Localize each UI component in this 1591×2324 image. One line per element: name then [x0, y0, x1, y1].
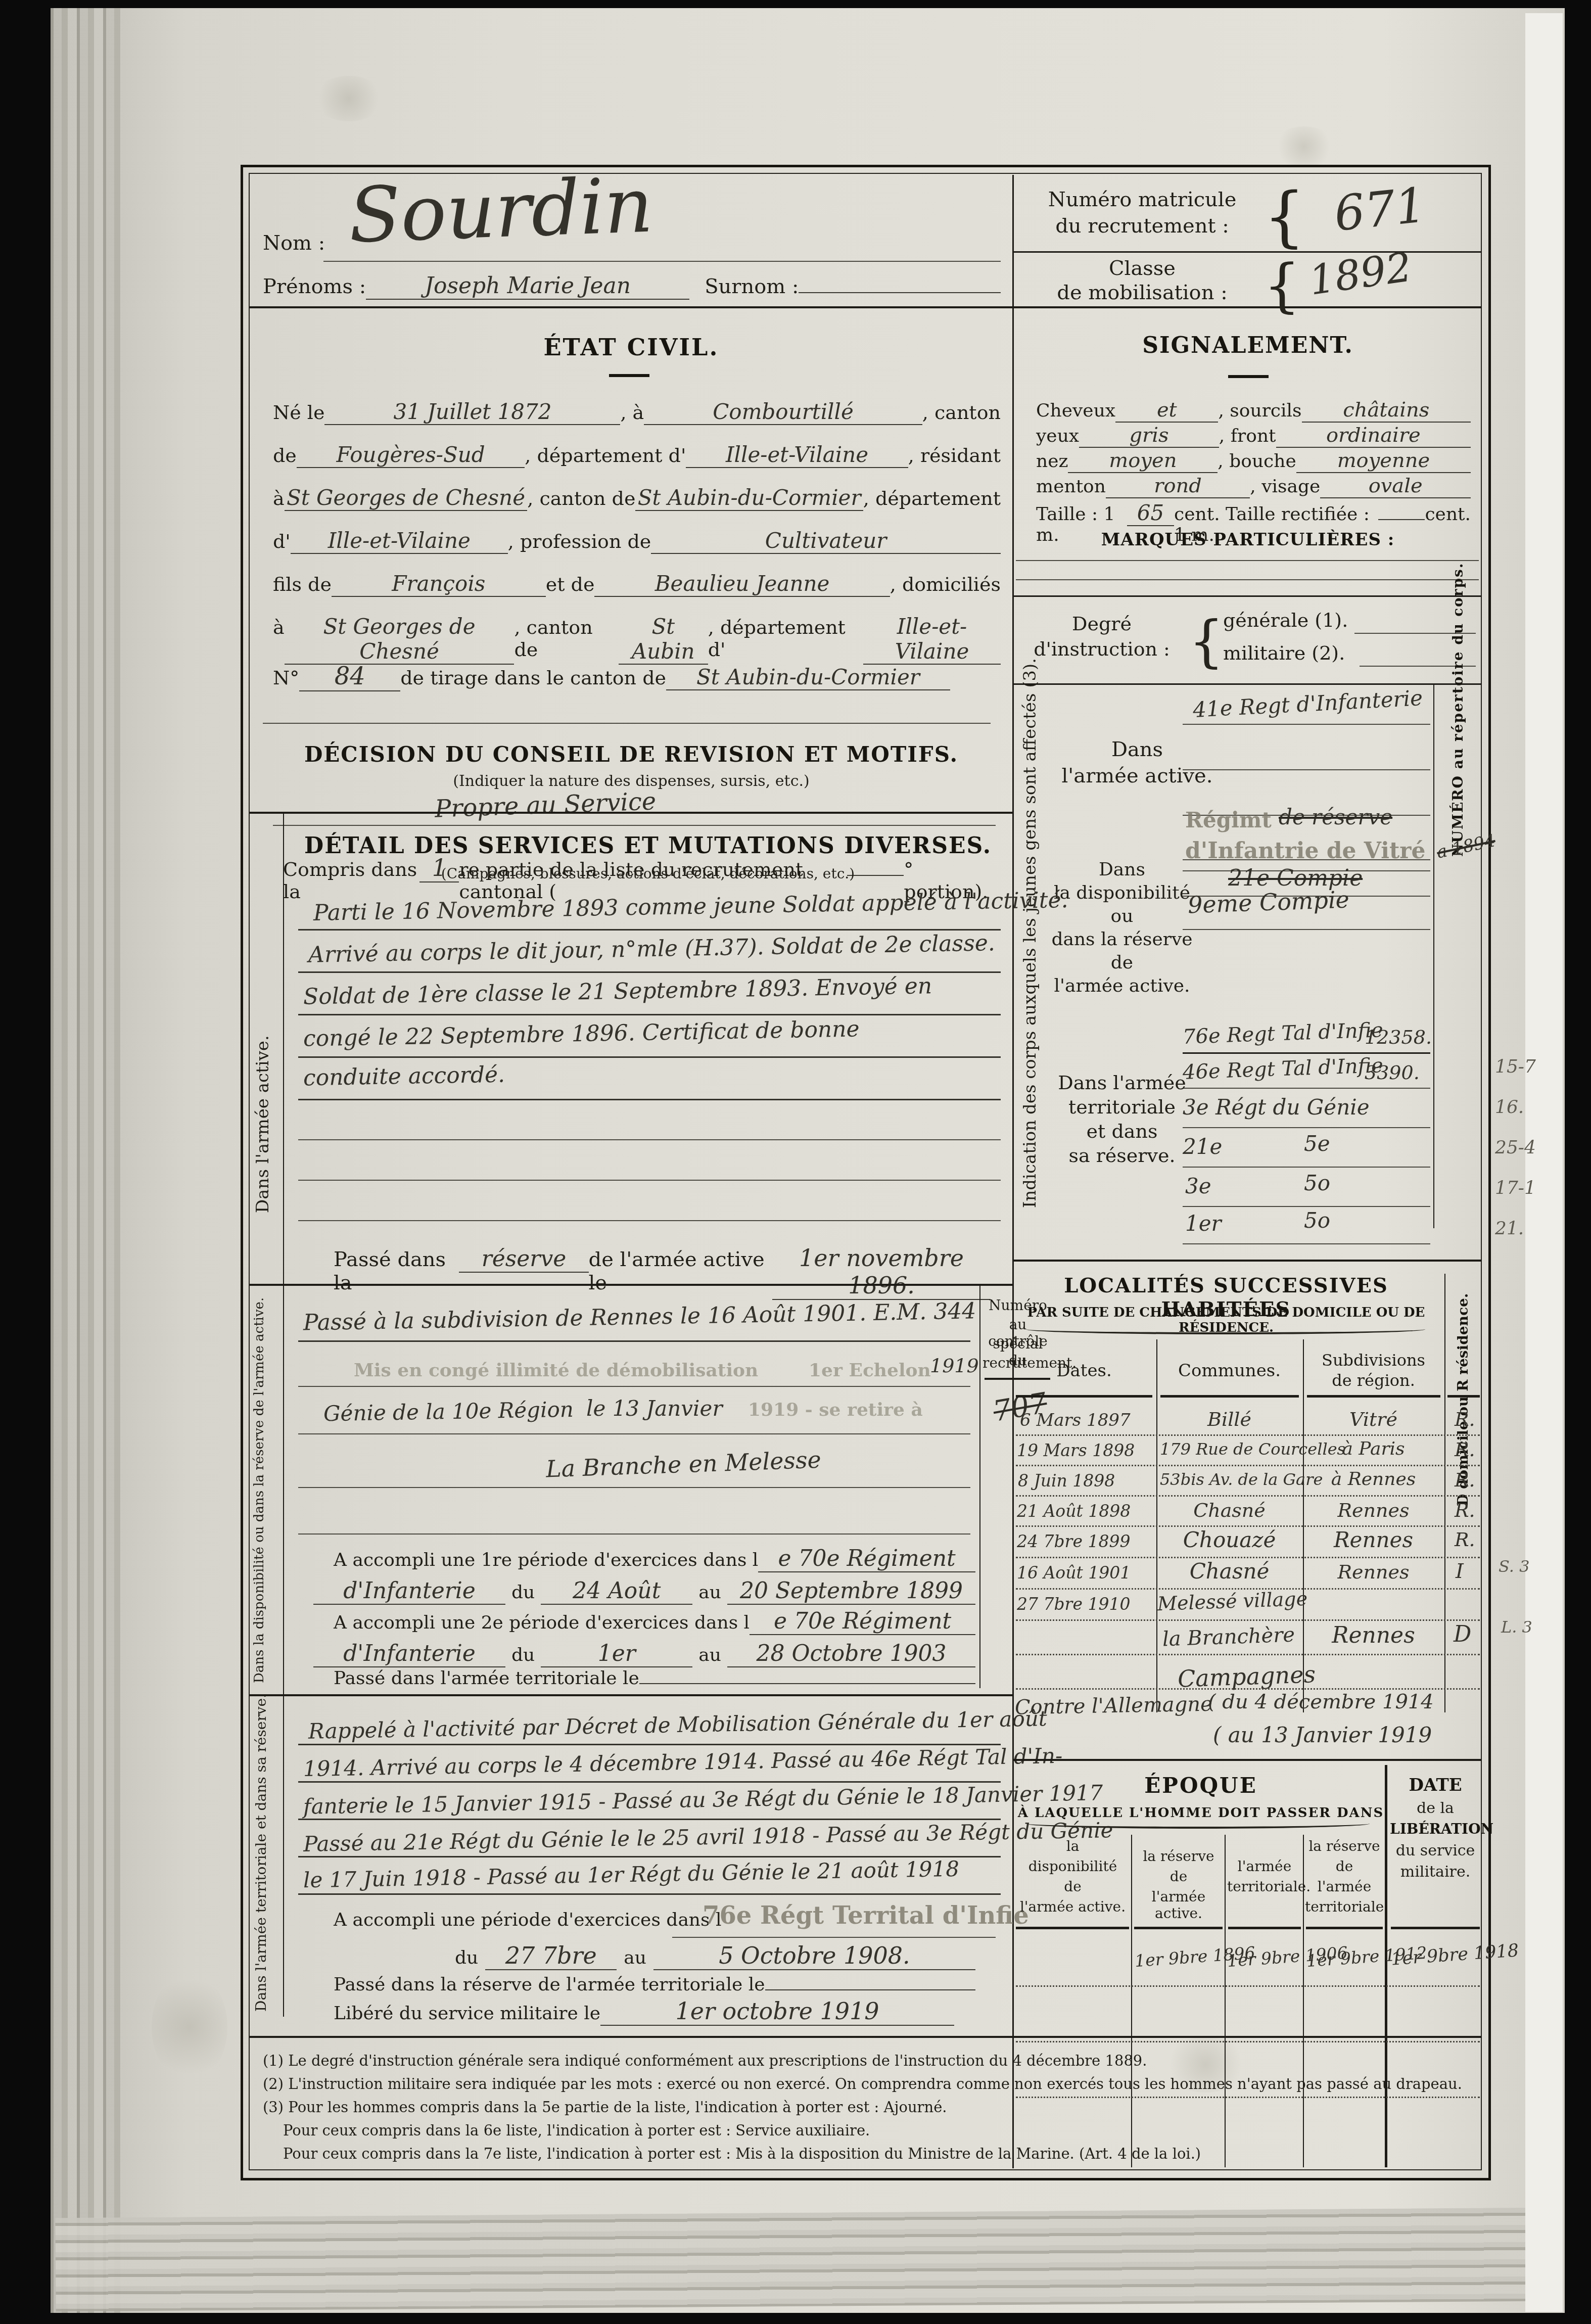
- margin-note: L. 3: [1501, 1617, 1532, 1637]
- periode1-fin: 20 Septembre 1899: [727, 1578, 975, 1605]
- margin-number: 16.: [1495, 1097, 1524, 1118]
- terr-corps-2-number: 3390.: [1365, 1061, 1420, 1084]
- regiment-stamp-2: d'Infantrie de Vitré: [1185, 838, 1425, 864]
- demobilisation-year: 1919: [930, 1355, 979, 1377]
- loc-row-commune: Chouazé: [1160, 1527, 1299, 1552]
- periode1-du: du: [511, 1582, 535, 1603]
- loc-row-commune: Chasné: [1160, 1499, 1299, 1521]
- paper-stain: [313, 76, 384, 121]
- localites-col-dates: Dates.: [1016, 1361, 1152, 1381]
- passe-reserve-terr-blank: [765, 1989, 975, 1990]
- passe-reserve-label-2: de l'armée active le: [589, 1248, 772, 1294]
- terr-corps-4-ditto: 5e: [1304, 1131, 1330, 1156]
- repertoire-corps-label: NUMÉRO au répertoire du corps.: [1449, 690, 1466, 857]
- header-bottom-rule: [250, 306, 1012, 308]
- ec-birthplace: Combourtillé: [644, 399, 922, 425]
- nez-value: moyen: [1068, 449, 1218, 473]
- matricule-brace: {: [1264, 178, 1305, 255]
- campagnes-debut: ( du 4 décembre 1914: [1208, 1690, 1434, 1713]
- taille-cent-label: cent.: [1425, 504, 1471, 525]
- terr-corps-6-ditto: 5o: [1304, 1208, 1330, 1233]
- services-title: DÉTAIL DES SERVICES ET MUTATIONS DIVERSE…: [284, 833, 1012, 859]
- loc-row-subdiv: Rennes: [1306, 1622, 1440, 1648]
- ec-r2-resident: , résidant: [908, 444, 1001, 467]
- loc-row-date: 19 Mars 1898: [1017, 1440, 1135, 1460]
- margin-number: 21.: [1495, 1218, 1524, 1239]
- loc-row-commune: Chasné: [1160, 1559, 1299, 1584]
- periode2-du: du: [511, 1645, 535, 1665]
- ep-col2-l1: la réserve: [1133, 1848, 1224, 1865]
- degre-generale: générale (1).: [1223, 609, 1348, 631]
- ec-parents-canton: St Aubin: [619, 614, 708, 665]
- ep-col1-l4: l'armée active.: [1016, 1898, 1130, 1915]
- loc-row-dr: R.: [1455, 1528, 1475, 1551]
- margin-number: 15-7: [1495, 1056, 1536, 1077]
- ep-col4-l3: l'armée: [1305, 1878, 1384, 1895]
- matricule-label-1: Numéro matricule: [1031, 188, 1253, 211]
- ep-col4-l4: territoriale.: [1305, 1898, 1384, 1915]
- territoriale-side-label: Dans l'armée territoriale et dans sa rés…: [253, 1708, 269, 2012]
- ec-residence-dept: Ille-et-Vilaine: [291, 528, 508, 554]
- terr-label-3: et dans: [1046, 1120, 1198, 1142]
- ec-r3-canton: , canton de: [527, 487, 635, 509]
- ec-r3-a: à: [273, 487, 285, 509]
- loc-row-date: 24 7bre 1899: [1017, 1531, 1130, 1551]
- footnote-5: Pour ceux compris dans la 7e liste, l'in…: [283, 2145, 1476, 2162]
- matricule-classe-rule: [1014, 251, 1482, 253]
- sourcils-label: , sourcils: [1218, 400, 1301, 421]
- services-side-label: Dans l'armée active.: [253, 960, 273, 1213]
- periode2-au: au: [698, 1645, 721, 1665]
- ec-father: François: [332, 571, 546, 597]
- tirage-canton: St Aubin-du-Cormier: [666, 665, 950, 690]
- degre-brace: {: [1189, 609, 1224, 674]
- ep-col1-l1: la: [1016, 1838, 1130, 1854]
- passe-reserve-terr-label: Passé dans la réserve de l'armée territo…: [334, 1974, 765, 1995]
- bouche-label: , bouche: [1218, 451, 1296, 472]
- periode1-label: A accompli une 1re période d'exercices d…: [334, 1550, 758, 1570]
- right-header-rule: [1014, 306, 1482, 308]
- ec-r1-canton: , canton: [922, 401, 1001, 424]
- military-register-scan: Sourdin Nom : Prénoms : Joseph Marie Jea…: [0, 0, 1591, 2324]
- ec-parents-dept: Ille-et-Vilaine: [863, 614, 1001, 665]
- ep-col3-l2: territoriale.: [1227, 1878, 1302, 1895]
- yeux-label: yeux: [1036, 426, 1079, 446]
- loc-row-subdiv: Rennes: [1306, 1527, 1440, 1552]
- demobilisation-stamp: Mis en congé illimité de démobilisation: [354, 1360, 758, 1381]
- ep-col4-l2: de: [1305, 1858, 1384, 1875]
- front-label: , front: [1219, 426, 1276, 446]
- periode-terr-du: du: [455, 1947, 478, 1968]
- nez-label: nez: [1036, 451, 1068, 472]
- ep-col1-l3: de: [1016, 1878, 1130, 1895]
- loc-row-subdiv: Rennes: [1306, 1561, 1440, 1583]
- campagnes-contre: Contre l'Allemagne: [1015, 1693, 1213, 1719]
- ep-col2-l3: l'armée active.: [1133, 1888, 1224, 1922]
- terr-corps-6: 1er: [1185, 1211, 1222, 1236]
- margin-number: 17-1: [1495, 1178, 1536, 1198]
- menton-label: menton: [1036, 476, 1106, 497]
- libere-date: 1er octobre 1919: [600, 1997, 954, 2026]
- date-lib-5: militaire.: [1390, 1863, 1481, 1881]
- cheveux-value: et: [1115, 398, 1218, 423]
- book-page-edges-bottom: [55, 2208, 1536, 2311]
- loc-row-date: 8 Juin 1898: [1018, 1471, 1115, 1491]
- services-line-5: conduite accordé.: [303, 1062, 505, 1091]
- terr-corps-5-ditto: 5o: [1304, 1171, 1330, 1195]
- loc-row-date: 21 Août 1898: [1017, 1501, 1131, 1521]
- ec-residence-canton: St Aubin-du-Cormier: [635, 485, 863, 511]
- periode2-arme: d'Infanterie: [313, 1641, 505, 1667]
- surnom-label: Surnom :: [705, 275, 799, 298]
- loc-row-dr: D: [1454, 1621, 1471, 1647]
- ec-r3-dept: , département: [863, 487, 1001, 509]
- armee-active-label-1: Dans: [1071, 738, 1203, 761]
- periode1-debut: 24 Août: [541, 1578, 692, 1605]
- loc-row-subdiv: Vitré: [1306, 1408, 1440, 1430]
- visage-value: ovale: [1320, 474, 1471, 498]
- localites-col-subdiv-1: Subdivisions: [1306, 1351, 1440, 1370]
- sourcils-value: châtains: [1302, 398, 1471, 423]
- footnote-4: Pour ceux compris dans la 6e liste, l'in…: [283, 2122, 1476, 2139]
- book-page-edge-right: [1525, 13, 1563, 2312]
- marques-label: MARQUES PARTICULIÈRES :: [1014, 530, 1482, 550]
- main-vertical-divider: [1012, 175, 1014, 2168]
- ep-col3-l1: l'armée: [1227, 1858, 1302, 1875]
- paper-stain: [152, 1971, 227, 2082]
- signalement-title: SIGNALEMENT.: [1014, 333, 1482, 358]
- decision-title: DÉCISION DU CONSEIL DE REVISION ET MOTIF…: [250, 742, 1013, 767]
- tirage-label: de tirage dans le canton de: [400, 667, 666, 689]
- loc-row-dr: R.: [1455, 1438, 1475, 1461]
- degre-label-1: Degré: [1026, 613, 1178, 635]
- tirage-no-label: N°: [273, 667, 299, 689]
- footnote-3: (3) Pour les hommes compris dans la 5e p…: [263, 2099, 1476, 2116]
- surname-handwritten: Sourdin: [347, 162, 654, 260]
- periode2-debut: 1er: [541, 1641, 692, 1667]
- ec-r2-dept: , département d': [525, 444, 686, 467]
- loc-row-commune: 53bis Av. de la Gare: [1160, 1470, 1323, 1489]
- loc-row-subdiv: Rennes: [1306, 1499, 1440, 1521]
- libere-label: Libéré du service militaire le: [334, 2003, 600, 2024]
- paper-stain: [1274, 126, 1334, 167]
- ec-r6-dept: , département d': [708, 616, 863, 661]
- footnote-1: (1) Le degré d'instruction générale sera…: [263, 2052, 1476, 2069]
- campagnes-fin: ( au 13 Janvier 1919: [1213, 1723, 1432, 1747]
- decision-subtitle: (Indiquer la nature des dispenses, sursi…: [250, 772, 1013, 790]
- ec-r6-canton: , canton de: [514, 616, 618, 661]
- menton-value: rond: [1106, 474, 1250, 498]
- surnom-blank: [799, 292, 1001, 293]
- periode-terr-debut: 27 7bre: [485, 1942, 617, 1970]
- services-subtitle: (Campagnes, blessures, actions d'éclat, …: [284, 865, 1012, 882]
- date-lib-4: du service: [1390, 1842, 1481, 1860]
- loc-row-commune: la Branchère: [1162, 1623, 1295, 1651]
- terr-corps-5: 3e: [1185, 1174, 1211, 1198]
- demobilisation-stamp-echelon: 1er Echelon: [809, 1360, 931, 1381]
- ec-r5-etde: et de: [546, 573, 595, 595]
- regiment-territorial-stamp: 76e Régt Territal d'Infie: [703, 1901, 1029, 1930]
- dispo-side-label: Dans la disponibilité ou dans la réserve…: [252, 1294, 267, 1683]
- ec-r5-domicilies: , domiciliés: [890, 573, 1001, 595]
- dispo-label-5: de: [1061, 952, 1183, 973]
- prenoms-value: Joseph Marie Jean: [366, 273, 689, 300]
- yeux-value: gris: [1079, 424, 1219, 448]
- dispo-label-4: dans la réserve: [1051, 929, 1193, 950]
- localites-col-communes: Communes.: [1160, 1361, 1299, 1381]
- passe-reserve-value-1: réserve: [459, 1246, 588, 1273]
- regiment-stamp-1: Régimt: [1185, 808, 1272, 832]
- taille-value: 65: [1127, 500, 1174, 526]
- periode2-regiment: e 70e Régiment: [750, 1608, 975, 1635]
- armee-active-label-2: l'armée active.: [1056, 764, 1218, 787]
- localites-col-subdiv-2: de région.: [1306, 1371, 1440, 1390]
- terr-label-2: territoriale: [1046, 1096, 1198, 1118]
- ec-mother: Beaulieu Jeanne: [594, 571, 890, 597]
- ec-r1-label: Né le: [273, 401, 324, 424]
- passe-territoriale-blank: [639, 1683, 975, 1684]
- reserve-crossed: de réserve: [1279, 805, 1392, 829]
- margin-number: 25-4: [1495, 1137, 1536, 1158]
- ec-residence: St Georges de Chesné: [285, 485, 528, 511]
- loc-row-subdiv: à Paris: [1306, 1438, 1440, 1459]
- loc-row-dr: R.: [1455, 1408, 1475, 1430]
- tirage-number: 84: [299, 662, 400, 691]
- ep-col1-l2: disponibilité: [1016, 1858, 1130, 1875]
- loc-row-dr: R.: [1455, 1469, 1475, 1491]
- date-lib-2: de la: [1390, 1799, 1481, 1817]
- degre-militaire: militaire (2).: [1223, 642, 1345, 664]
- loc-row-date: 16 Août 1901: [1017, 1563, 1131, 1583]
- terr-label-4: sa réserve.: [1046, 1144, 1198, 1167]
- classe-label-2: de mobilisation :: [1031, 281, 1253, 304]
- terr-corps-3: 3e Régt du Génie: [1183, 1095, 1370, 1120]
- passe-territoriale-label: Passé dans l'armée territoriale le: [334, 1668, 639, 1689]
- dispo-label-6: l'armée active.: [1051, 975, 1193, 996]
- prenoms-label: Prénoms :: [263, 275, 366, 298]
- front-value: ordinaire: [1276, 424, 1471, 448]
- loc-row-date: 6 Mars 1897: [1020, 1410, 1131, 1430]
- date-lib-1: DATE: [1390, 1775, 1481, 1795]
- visage-label: , visage: [1250, 476, 1320, 497]
- loc-row-commune: Billé: [1160, 1408, 1299, 1430]
- ep-col2-l2: de: [1133, 1868, 1224, 1885]
- ec-r1-at: , à: [620, 401, 644, 424]
- ec-r6-a: à: [273, 616, 285, 638]
- periode2-fin: 28 Octobre 1903: [727, 1641, 975, 1667]
- ec-profession: Cultivateur: [651, 528, 1001, 554]
- corps-side-label: Indication des corps auxquels les jeunes…: [1020, 698, 1040, 1208]
- periode1-regiment: e 70e Régiment: [758, 1546, 975, 1572]
- loc-row-dr: R.: [1455, 1499, 1475, 1521]
- epoque-title: ÉPOQUE: [1014, 1773, 1388, 1798]
- degre-label-2: d'instruction :: [1016, 638, 1188, 660]
- ec-departement: Ille-et-Vilaine: [686, 442, 908, 468]
- margin-note: S. 3: [1499, 1557, 1529, 1576]
- loc-row-subdiv: à Rennes: [1306, 1469, 1440, 1490]
- ec-birthdate: 31 Juillet 1872: [324, 399, 620, 425]
- passe-reserve-label-1: Passé dans la: [334, 1248, 459, 1294]
- dispo-label-3: ou: [1061, 906, 1183, 926]
- footnote-2: (2) L'instruction militaire sera indiqué…: [263, 2075, 1476, 2093]
- genie-region-line: Génie de la 10e Région: [323, 1397, 574, 1426]
- terr-label-1: Dans l'armée: [1046, 1072, 1198, 1094]
- nom-label: Nom :: [263, 231, 325, 255]
- periode2-label: A accompli une 2e période d'exercices da…: [334, 1612, 750, 1633]
- periode-terr-label: A accompli une période d'exercices dans …: [334, 1910, 721, 1930]
- periode1-au: au: [698, 1582, 721, 1603]
- loc-row-date: 27 7bre 1910: [1017, 1594, 1130, 1614]
- se-retire-stamp: 1919 - se retire à: [748, 1399, 923, 1420]
- taille-rectifiee-blank: [1378, 519, 1425, 520]
- classe-label-1: Classe: [1031, 257, 1253, 280]
- ep-col4-l1: la réserve: [1305, 1838, 1384, 1854]
- ec-r2-label: de: [273, 444, 297, 467]
- ec-r5-filsde: fils de: [273, 573, 332, 595]
- terr-corps-1-number: 12358.: [1365, 1026, 1432, 1048]
- classe-brace: {: [1264, 252, 1300, 319]
- cheveux-label: Cheveux: [1036, 400, 1115, 421]
- compagnie-value: 9eme Compie: [1187, 886, 1350, 918]
- etat-civil-title: ÉTAT CIVIL.: [250, 334, 1013, 361]
- ec-r4-profession-label: , profession de: [508, 530, 651, 552]
- date-lib-3: LIBÉRATION: [1390, 1821, 1481, 1837]
- periode-terr-au: au: [624, 1947, 646, 1968]
- matricule-label-2: du recrutement :: [1031, 214, 1253, 238]
- genie-date-line: le 13 Janvier: [586, 1396, 722, 1421]
- dispo-label-1: Dans: [1061, 859, 1183, 880]
- ec-canton: Fougères-Sud: [297, 442, 525, 468]
- ec-parents-commune: St Georges de Chesné: [285, 614, 514, 665]
- ec-r4-d: d': [273, 530, 291, 552]
- loc-row-dr: I: [1456, 1560, 1464, 1583]
- bouche-value: moyenne: [1296, 449, 1471, 473]
- dispo-label-2: la disponibilité: [1051, 882, 1193, 903]
- passe-reserve-date: 1er novembre 1896.: [772, 1244, 991, 1300]
- matricule-value: 671: [1332, 177, 1429, 242]
- book-page-edges-left: [51, 8, 121, 2313]
- periode1-arme: d'Infanterie: [313, 1578, 505, 1605]
- periode-terr-fin: 5 Octobre 1908.: [653, 1942, 975, 1970]
